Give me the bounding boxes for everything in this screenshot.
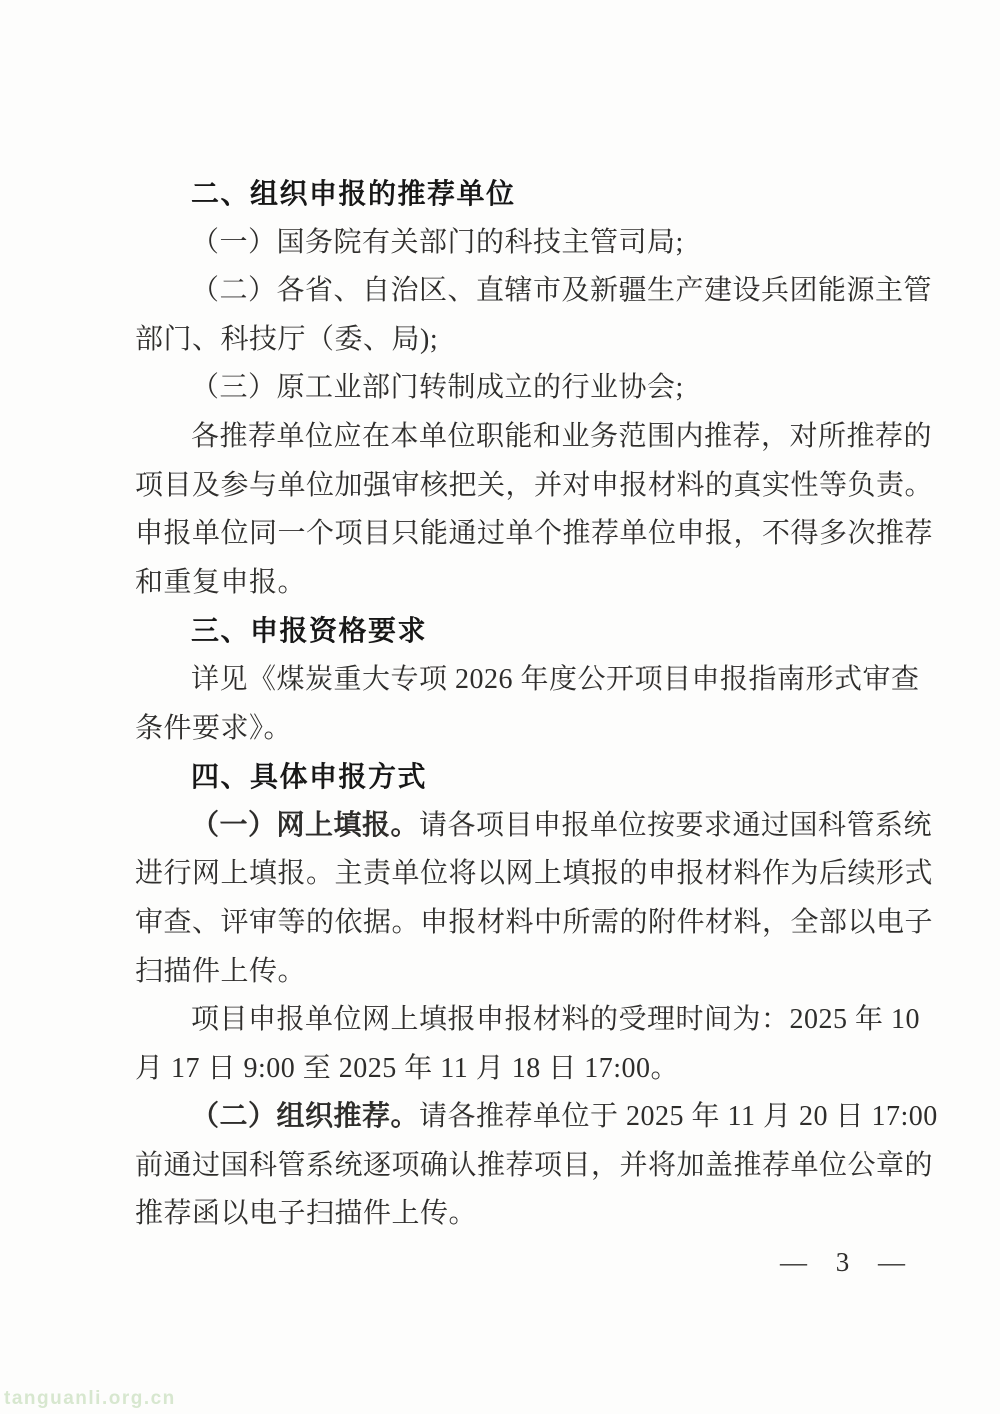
heading-text: 二、组织申报的推荐单位 — [191, 178, 516, 209]
text-line: （三）原工业部门转制成立的行业协会; — [135, 364, 895, 413]
line-text: 和重复申报。 — [135, 567, 306, 598]
line-text: 项目申报单位网上填报申报材料的受理时间为：2025 年 10 — [191, 1004, 920, 1035]
line-text: 请各推荐单位于 2025 年 11 月 20 日 17:00 — [419, 1101, 938, 1132]
text-line: 申报单位同一个项目只能通过单个推荐单位申报，不得多次推荐 — [135, 510, 895, 559]
line-text: （一）国务院有关部门的科技主管司局; — [191, 227, 684, 258]
document-text-block: 二、组织申报的推荐单位 （一）国务院有关部门的科技主管司局; （二）各省、自治区… — [135, 170, 895, 1239]
heading-text: 三、申报资格要求 — [191, 615, 427, 646]
line-text: 各推荐单位应在本单位职能和业务范围内推荐，对所推荐的 — [191, 421, 932, 452]
heading-text: 四、具体申报方式 — [191, 761, 427, 792]
text-line: （一）网上填报。请各项目申报单位按要求通过国科管系统 — [135, 802, 895, 851]
text-line: （二）组织推荐。请各推荐单位于 2025 年 11 月 20 日 17:00 — [135, 1093, 895, 1142]
line-text: 项目及参与单位加强审核把关，并对申报材料的真实性等负责。 — [135, 470, 933, 501]
document-page: 二、组织申报的推荐单位 （一）国务院有关部门的科技主管司局; （二）各省、自治区… — [0, 0, 1000, 1414]
line-text: 详见《煤炭重大专项 2026 年度公开项目申报指南形式审查 — [191, 664, 920, 695]
text-line: 进行网上填报。主责单位将以网上填报的申报材料作为后续形式 — [135, 850, 895, 899]
section-heading-4: 四、具体申报方式 — [135, 753, 895, 802]
text-line: 推荐函以电子扫描件上传。 — [135, 1190, 895, 1239]
text-line: 前通过国科管系统逐项确认推荐项目，并将加盖推荐单位公章的 — [135, 1142, 895, 1191]
line-text: 审查、评审等的依据。申报材料中所需的附件材料，全部以电子 — [135, 907, 933, 938]
text-line: 详见《煤炭重大专项 2026 年度公开项目申报指南形式审查 — [135, 656, 895, 705]
page-number: — 3 — — [780, 1238, 905, 1286]
text-line: 扫描件上传。 — [135, 948, 895, 997]
text-line: 月 17 日 9:00 至 2025 年 11 月 18 日 17:00。 — [135, 1045, 895, 1094]
section-heading-2: 二、组织申报的推荐单位 — [135, 170, 895, 219]
text-line: 条件要求》。 — [135, 705, 895, 754]
line-text: 部门、科技厅（委、局); — [135, 324, 438, 355]
text-line: 项目申报单位网上填报申报材料的受理时间为：2025 年 10 — [135, 996, 895, 1045]
line-text: 月 17 日 9:00 至 2025 年 11 月 18 日 17:00。 — [135, 1053, 679, 1084]
line-text: 申报单位同一个项目只能通过单个推荐单位申报，不得多次推荐 — [135, 518, 933, 549]
bold-run: （二）组织推荐。 — [191, 1101, 419, 1132]
bold-run: （一）网上填报。 — [191, 810, 419, 841]
text-line: （二）各省、自治区、直辖市及新疆生产建设兵团能源主管 — [135, 267, 895, 316]
line-text: 前通过国科管系统逐项确认推荐项目，并将加盖推荐单位公章的 — [135, 1150, 933, 1181]
line-text: 推荐函以电子扫描件上传。 — [135, 1198, 477, 1229]
text-line: 部门、科技厅（委、局); — [135, 316, 895, 365]
text-line: 项目及参与单位加强审核把关，并对申报材料的真实性等负责。 — [135, 462, 895, 511]
line-text: 扫描件上传。 — [135, 956, 306, 987]
section-heading-3: 三、申报资格要求 — [135, 607, 895, 656]
line-text: （三）原工业部门转制成立的行业协会; — [191, 372, 684, 403]
watermark: tanguanli.org.cn — [4, 1388, 176, 1410]
text-line: 和重复申报。 — [135, 559, 895, 608]
text-line: 审查、评审等的依据。申报材料中所需的附件材料，全部以电子 — [135, 899, 895, 948]
line-text: 条件要求》。 — [135, 713, 292, 744]
line-text: 请各项目申报单位按要求通过国科管系统 — [419, 810, 932, 841]
text-line: （一）国务院有关部门的科技主管司局; — [135, 219, 895, 268]
text-line: 各推荐单位应在本单位职能和业务范围内推荐，对所推荐的 — [135, 413, 895, 462]
line-text: 进行网上填报。主责单位将以网上填报的申报材料作为后续形式 — [135, 858, 933, 889]
line-text: （二）各省、自治区、直辖市及新疆生产建设兵团能源主管 — [191, 275, 932, 306]
